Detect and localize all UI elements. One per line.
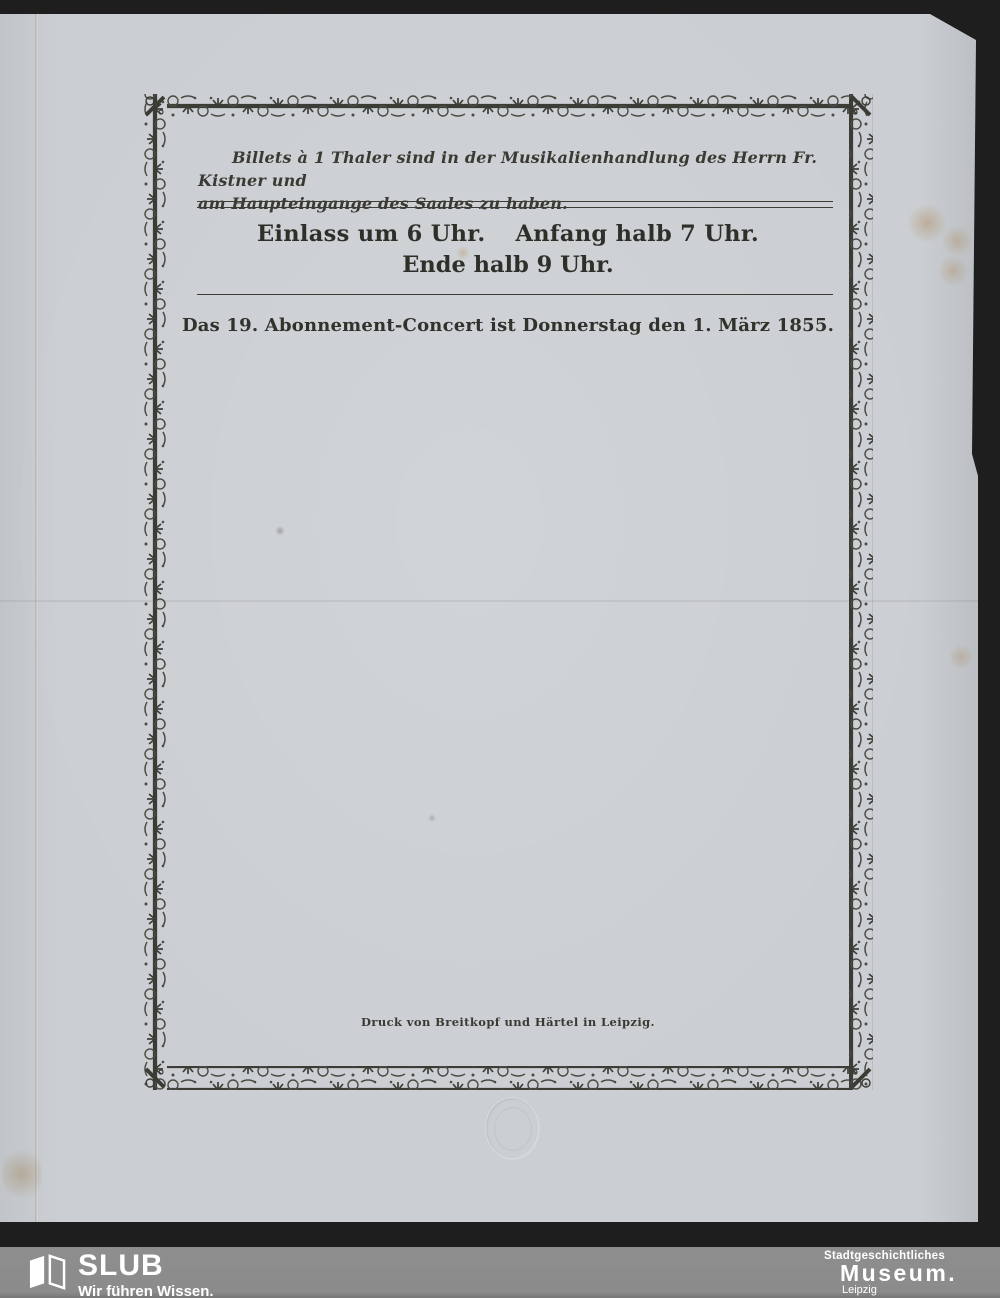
single-rule-divider [197, 294, 833, 295]
printed-content: Billets à 1 Thaler sind in der Musikalie… [143, 94, 873, 1090]
ticket-notice-line1: Billets à 1 Thaler sind in der Musikalie… [198, 148, 817, 190]
slub-text-block: SLUB Wir führen Wissen. [78, 1251, 214, 1298]
end-time: Ende halb 9 Uhr. [143, 252, 873, 278]
admission-start-line: Einlass um 6 Uhr.Anfang halb 7 Uhr. [143, 221, 873, 247]
slub-tagline: Wir führen Wissen. [78, 1283, 214, 1298]
ornamental-border: Billets à 1 Thaler sind in der Musikalie… [143, 94, 873, 1090]
foxing-stain [905, 204, 949, 242]
double-rule-divider [197, 201, 833, 208]
printer-imprint: Druck von Breitkopf und Härtel in Leipzi… [143, 1015, 873, 1029]
embossed-seal [485, 1097, 539, 1159]
foxing-stain [940, 226, 974, 256]
slub-logo: SLUB Wir führen Wissen. [28, 1251, 214, 1298]
museum-logo: Stadtgeschichtliches Museum. Leipzig ✓ Z… [818, 1250, 988, 1298]
document-page: Billets à 1 Thaler sind in der Musikalie… [0, 14, 978, 1222]
branding-footer: SLUB Wir führen Wissen. Stadtgeschichtli… [0, 1247, 1000, 1298]
admission-time: Einlass um 6 Uhr. [257, 221, 486, 247]
next-concert-announcement: Das 19. Abonnement-Concert ist Donnersta… [143, 315, 873, 336]
foxing-stain [948, 644, 974, 670]
foxing-stain [938, 254, 968, 288]
vertical-fold-crease [35, 14, 38, 1222]
slub-wordmark: SLUB [78, 1251, 214, 1281]
scan-viewport: { "document": { "notice": { "line1": "Bi… [0, 0, 1000, 1298]
start-time: Anfang halb 7 Uhr. [516, 221, 760, 247]
museum-wordmark: Museum. [840, 1262, 988, 1284]
open-book-icon [28, 1254, 66, 1290]
